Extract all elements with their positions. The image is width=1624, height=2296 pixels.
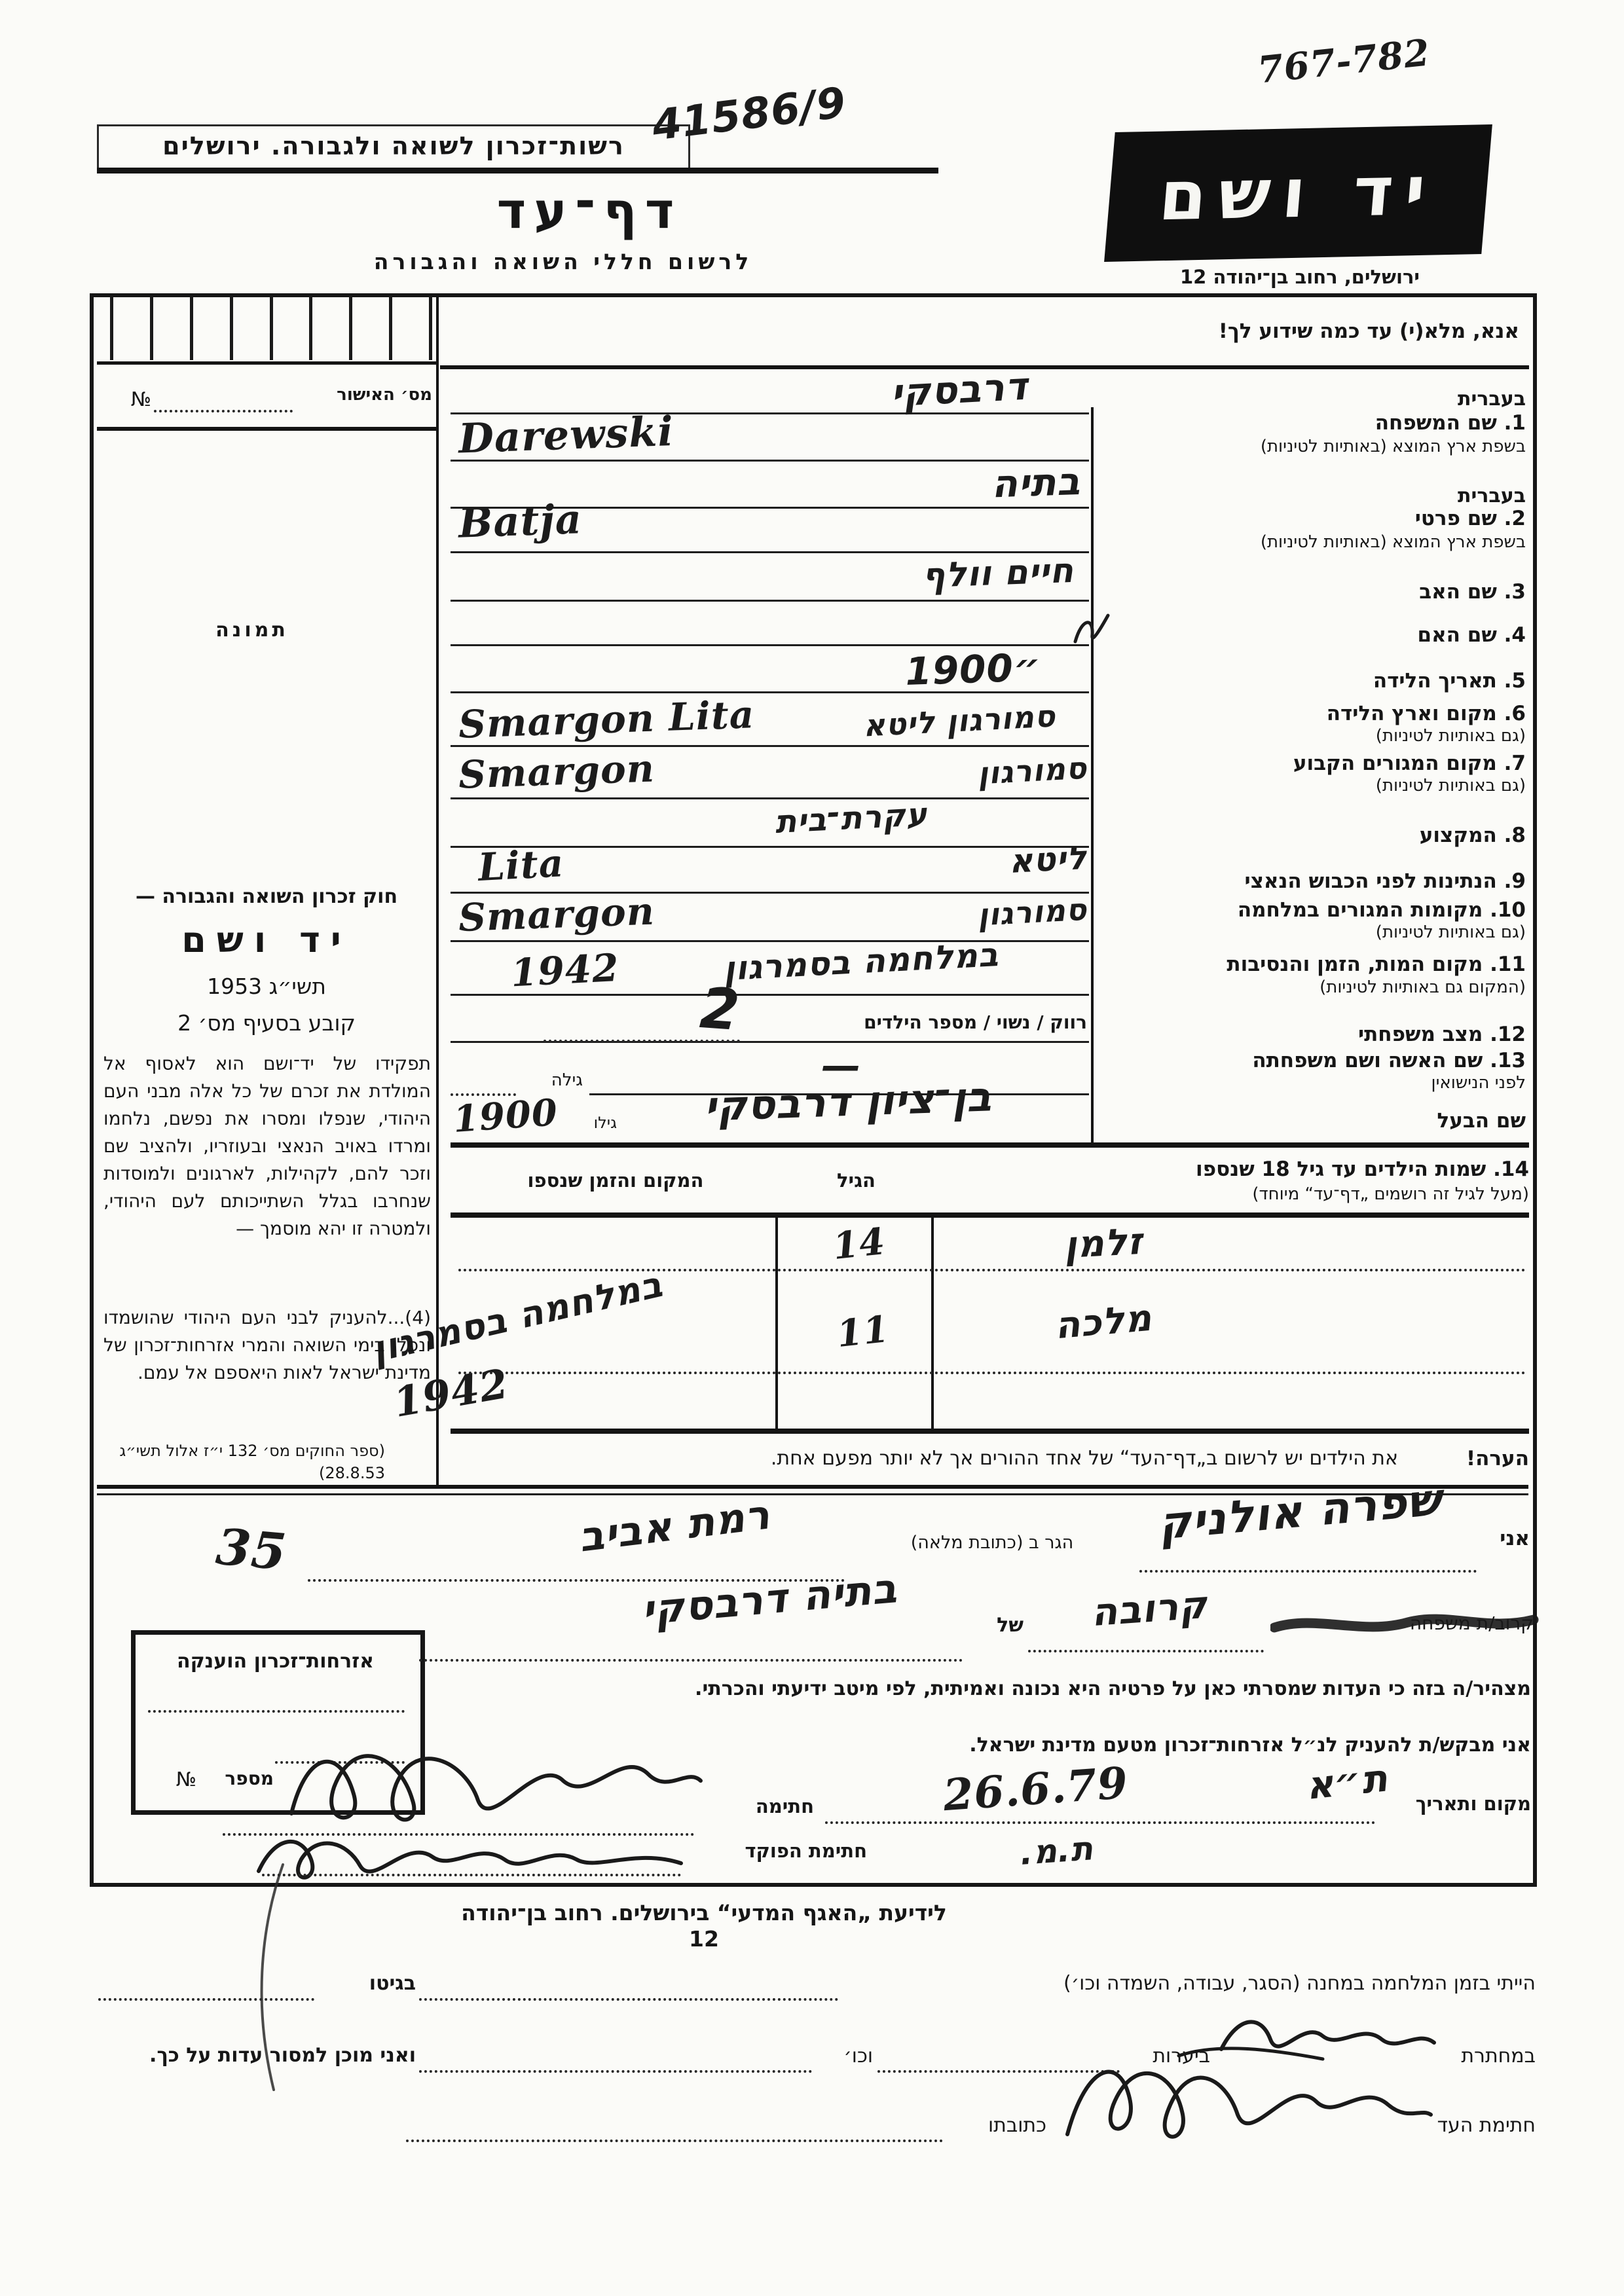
witness-signature-bottom-label: חתימת העד xyxy=(1431,2113,1536,2138)
field7-sub-label: (גם באותיות לטיניות) xyxy=(1100,775,1526,797)
hw-house-number: 35 xyxy=(214,1522,303,1578)
form-title: דף־עד xyxy=(452,181,727,240)
answer-line-f7 xyxy=(451,797,1089,799)
witness-address-bottom-line xyxy=(406,2140,943,2142)
authority-title: רשות־זכרון לשואה ולגבורה. ירושלים xyxy=(97,124,690,170)
declaration-statement: מצהיר/ה בזה כי העדות שמסרתי כאן על פרטיה… xyxy=(570,1677,1531,1701)
field12-label: 12. מצב משפחתי xyxy=(1100,1023,1526,1047)
field6-label: 6. מקום וארץ הלידה xyxy=(1100,702,1526,726)
underground-label: במחתרת xyxy=(1444,2044,1536,2069)
of-label: של xyxy=(968,1614,1024,1637)
resides-label: הגר ב (כתובת מלאה) xyxy=(851,1532,1133,1554)
citizenship-number-sign: № xyxy=(157,1768,196,1793)
clerk-signature-label: חתימת הפוקד xyxy=(695,1840,867,1863)
field1-lang-label: בעברית xyxy=(1100,388,1526,411)
field3-label: 3. שם האב xyxy=(1100,580,1526,604)
etc-answer-line xyxy=(419,2070,812,2073)
handwritten-file-number: 41586/9 xyxy=(650,75,902,147)
hw-citizenship-hebrew: ליטא xyxy=(955,841,1088,881)
ghetto-answer-line xyxy=(98,1998,314,2001)
law-title: חוק זכרון השואה והגבורה — xyxy=(103,885,430,909)
answer-line-f11 xyxy=(451,994,1089,996)
witness-address-bottom-label: כתובתו xyxy=(950,2113,1046,2138)
camp-answer-line xyxy=(419,1998,838,2001)
citizenship-box-title: אזרחות־זכרון הוענקה xyxy=(143,1650,408,1673)
note-text: את הילדים יש לרשום ב„דף־העד“ של אחד ההור… xyxy=(478,1447,1398,1470)
hw-children-count: 2 xyxy=(679,979,742,1039)
witness-signature-scrawl xyxy=(282,1728,707,1840)
place-date-label: מקום ותאריך xyxy=(1401,1793,1531,1815)
field2-sub-label: בשפת ארץ המוצא (באותיות לטיניות) xyxy=(1100,532,1526,553)
victim-name-line xyxy=(419,1659,963,1662)
husband-label: שם הבעל xyxy=(1100,1109,1526,1133)
hw-husband-age: 1900 xyxy=(452,1093,568,1138)
husband-row-rule xyxy=(451,1142,1529,1148)
hw-birth-year: ״1900 xyxy=(883,648,1042,691)
field8-label: 8. המקצוע xyxy=(1100,824,1526,848)
field11-sub-label: (המקום גם באותיות לטיניות) xyxy=(1100,977,1526,998)
law-year: תשי״ג 1953 xyxy=(103,973,430,1000)
law-org-name: יד ושם xyxy=(103,919,430,962)
hw-firstname-latin: Batja xyxy=(458,497,636,543)
hw-death-year: 1942 xyxy=(510,947,650,993)
field13-sub-label: לפני הנישואין xyxy=(1100,1072,1526,1094)
left-column-divider xyxy=(436,296,439,1489)
citizenship-number-label: מספר xyxy=(208,1768,274,1790)
handwritten-top-number: 767-782 xyxy=(1256,29,1481,88)
fill-request-line: אנא, מלא(י) עד כמה שידוע לך! xyxy=(1113,319,1519,344)
yad-vashem-logo-text: יד ושם xyxy=(1156,151,1440,236)
answer-line-f3 xyxy=(451,600,1089,602)
law-source-note: (ספר החוקים מס׳ 132 י״ז אלול תשי״ג 28.8.… xyxy=(103,1440,385,1484)
law-section-line: קובע בסעיף מס׳ 2 xyxy=(103,1010,430,1036)
citizenship-box-line1 xyxy=(148,1710,405,1713)
children-row2-line xyxy=(458,1372,1526,1374)
relative-kind-line xyxy=(1028,1650,1264,1652)
relative-label-strike-scrawl xyxy=(1270,1611,1539,1639)
field5-label: 5. תאריך הלידה xyxy=(1100,669,1526,693)
hw-clerk-initials: ת.מ. xyxy=(981,1832,1094,1872)
approval-number-label: מס׳ האישור xyxy=(298,385,432,405)
field14-place-column-header: המקום והזמן שנספו xyxy=(458,1169,773,1192)
testify-line: ואני מוכן למסור עדות על כך. xyxy=(98,2044,416,2068)
field14-age-column-header: הגיל xyxy=(786,1169,927,1192)
note-title: הערה! xyxy=(1408,1447,1529,1471)
form-subtitle: לרשום חללי השואה והגבורה xyxy=(308,249,819,275)
husband-age-label: גילו xyxy=(564,1113,617,1133)
label-column-divider xyxy=(1091,407,1094,1144)
answer-line-f2-latin xyxy=(451,551,1089,553)
field14-sub-label: (מעל לגיל זה רושמים „דף־עד“ מיוחד) xyxy=(950,1184,1529,1205)
children-table-top-rule xyxy=(451,1212,1529,1218)
witness-signature-bottom-scrawl xyxy=(1048,2036,1441,2167)
her-age-label: גילה xyxy=(521,1070,583,1091)
answer-line-f5 xyxy=(451,691,1089,693)
field10-sub-label: (גם באותיות לטיניות) xyxy=(1100,922,1526,943)
field2-lang-label: בעברית xyxy=(1100,484,1526,508)
law-paragraph1: תפקידו של יד־ושם הוא לאסוף אל המולדת את … xyxy=(103,1050,431,1243)
etc-label: וכו׳ xyxy=(817,2044,873,2069)
field13-label: 13. שם האשה ושם משפחתה xyxy=(1100,1049,1526,1073)
witness-name-line xyxy=(1139,1570,1477,1573)
field6-sub-label: (גם באותיות לטיניות) xyxy=(1100,725,1526,747)
place-date-line xyxy=(825,1821,1375,1824)
children-table-bottom-rule xyxy=(451,1429,1529,1434)
authority-rule xyxy=(97,168,938,173)
declarant-i-label: אני xyxy=(1479,1527,1530,1551)
info-department-line: לידיעת „האגף המדעי“ בירושלים. רחוב בן־יה… xyxy=(445,1900,963,1952)
children-table-divider-age-right xyxy=(931,1218,934,1431)
field2-label: 2. שם פרטי xyxy=(1100,507,1526,531)
field4-label: 4. שם האם xyxy=(1100,623,1526,647)
hw-firstname-hebrew: בתיה xyxy=(923,462,1081,505)
field1-sub-label: בשפת ארץ המוצא (באותיות לטיניות) xyxy=(1100,436,1526,458)
registration-comb-ticks xyxy=(110,296,432,360)
photo-area-label: תמונה xyxy=(196,619,308,642)
camp-line-label: הייתי בזמן המלחמה במחנה (הסגר, עבודה, הש… xyxy=(845,1972,1536,1995)
comb-baseline xyxy=(97,361,436,365)
clerk-signature-scrawl xyxy=(249,1825,694,1891)
approval-number-sign: № xyxy=(115,388,151,412)
field10-label: 10. מקומות המגורים במלחמה xyxy=(1100,898,1526,922)
children-table-divider-age-left xyxy=(775,1218,778,1431)
answer-line-f6 xyxy=(451,745,1089,747)
testimony-page-scan: 767-782 רשות־זכרון לשואה ולגבורה. ירושלי… xyxy=(0,0,1624,2296)
field1-label: 1. שם המשפחה xyxy=(1100,411,1526,435)
ghetto-label: בגיטו xyxy=(321,1972,416,1995)
marital-options: רווק / נשוי / מספר הילדים xyxy=(747,1011,1087,1034)
field7-label: 7. מקום המגורים הקבוע xyxy=(1100,752,1526,776)
field14-label: 14. שמות הילדים עד גיל 18 שנספו xyxy=(950,1157,1529,1182)
signature-label: חתימה xyxy=(706,1795,814,1818)
hw-mother-field-stroke xyxy=(1067,609,1113,648)
field11-label: 11. מקום המות, הזמן והנסיבות xyxy=(1100,953,1526,977)
citizenship-request: אני מבקש/ת להעניק לנ״ל אזרחות־זכרון מטעם… xyxy=(963,1734,1531,1757)
field9-label: 9. הנתינות לפני הכבוש הנאצי xyxy=(1100,869,1526,894)
clerk-signature-line xyxy=(262,1874,681,1876)
yad-vashem-logo: יד ושם xyxy=(1104,124,1492,262)
law-paragraph2: (4)...להעניק לבני העם היהודי שהושמדו ונפ… xyxy=(103,1304,431,1387)
hw-father-name: חיים וולף xyxy=(844,554,1075,596)
children-row1-line xyxy=(458,1269,1526,1271)
hw-citizenship-latin: Lita xyxy=(477,841,630,886)
logo-address: ירושלים, רחוב בן־יהודה 12 xyxy=(1113,266,1486,289)
approval-rule xyxy=(97,427,436,431)
approval-number-line xyxy=(154,410,293,412)
